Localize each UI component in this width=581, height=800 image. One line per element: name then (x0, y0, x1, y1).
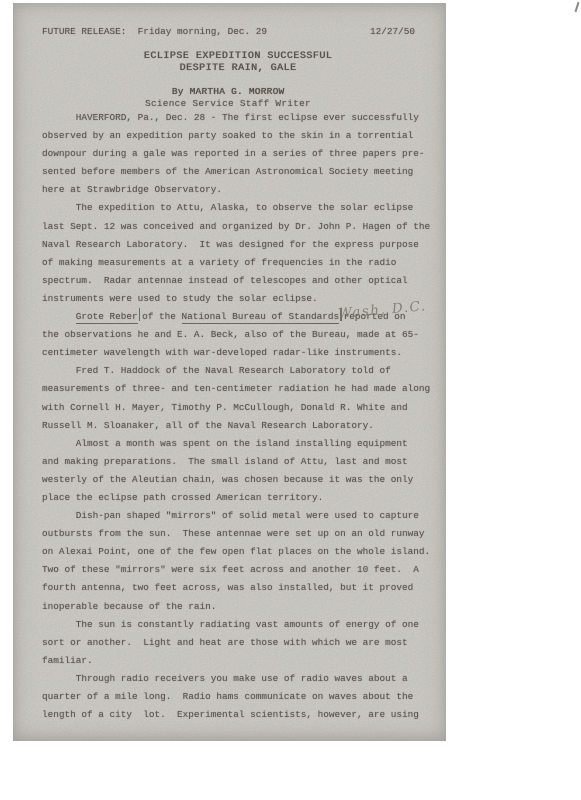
typed-line: spectrum. Radar antennae instead of tele… (42, 272, 434, 290)
scanned-press-release-page: FUTURE RELEASE: Friday morning, Dec. 29 … (13, 3, 446, 741)
typed-line: measurements of three- and ten-centimete… (42, 380, 434, 398)
typed-line: downpour during a gale was reported in a… (42, 145, 434, 163)
paragraph-4: Fred T. Haddock of the Naval Research La… (42, 362, 434, 434)
typed-line: sented before members of the American As… (42, 163, 434, 181)
typed-line: observed by an expedition party soaked t… (42, 127, 434, 145)
typed-line: Two of these "mirrors" were six feet acr… (42, 561, 434, 579)
typed-line: Fred T. Haddock of the Naval Research La… (42, 362, 434, 380)
typed-line: the observations he and E. A. Beck, also… (42, 326, 434, 344)
byline-organization: Science Service Staff Writer (32, 98, 424, 110)
paragraph-6: Dish-pan shaped "mirrors" of solid metal… (42, 507, 434, 616)
typed-line: familiar. (42, 652, 434, 670)
typed-line: length of a city lot. Experimental scien… (42, 706, 434, 724)
paragraph-8: Through radio receivers you make use of … (42, 670, 434, 724)
paragraph-3-continuation: the observations he and E. A. Beck, also… (42, 326, 434, 362)
typed-line: and making preparations. The small islan… (42, 453, 434, 471)
typed-line: here at Strawbridge Observatory. (42, 181, 434, 199)
paragraph-7: The sun is constantly radiating vast amo… (42, 616, 434, 670)
page-content: FUTURE RELEASE: Friday morning, Dec. 29 … (13, 3, 446, 724)
typed-line: with Cornell H. Mayer, Timothy P. McCull… (42, 399, 434, 417)
typed-line: Russell M. Sloanaker, all of the Naval R… (42, 417, 434, 435)
headline-line-2: DESPITE RAIN, GALE (42, 63, 434, 75)
typed-line: of making measurements at a variety of f… (42, 254, 434, 272)
typed-line: Almost a month was spent on the island i… (42, 435, 434, 453)
typed-line: last Sept. 12 was conceived and organize… (42, 218, 434, 236)
article-body: HAVERFORD, Pa., Dec. 28 - The first ecli… (42, 109, 434, 724)
typed-line: The expedition to Attu, Alaska, to obser… (42, 199, 434, 217)
typed-line: Dish-pan shaped "mirrors" of solid metal… (42, 507, 434, 525)
mid-text: of the (142, 311, 181, 322)
future-release-line: FUTURE RELEASE: Friday morning, Dec. 29 (42, 26, 267, 38)
date-stamp: 12/27/50 (370, 26, 415, 38)
typed-line: on Alexai Point, one of the few open fla… (42, 543, 434, 561)
underlined-organization: National Bureau of Standards (182, 311, 340, 324)
typed-line: Through radio receivers you make use of … (42, 670, 434, 688)
typed-line: HAVERFORD, Pa., Dec. 28 - The first ecli… (42, 109, 434, 127)
typed-line: centimeter wavelength with war-developed… (42, 344, 434, 362)
typed-line: westerly of the Aleutian chain, was chos… (42, 471, 434, 489)
paragraph-5: Almost a month was spent on the island i… (42, 435, 434, 507)
byline-author: By MARTHA G. MORROW (32, 86, 424, 98)
headline-line-1: ECLIPSE EXPEDITION SUCCESSFUL (42, 51, 434, 63)
release-header-row: FUTURE RELEASE: Friday morning, Dec. 29 … (42, 26, 434, 38)
typed-line: Naval Research Laboratory. It was design… (42, 236, 434, 254)
typed-line: The sun is constantly radiating vast amo… (42, 616, 434, 634)
typed-line: inoperable because of the rain. (42, 598, 434, 616)
paragraph-2: The expedition to Attu, Alaska, to obser… (42, 199, 434, 308)
paragraph-1: HAVERFORD, Pa., Dec. 28 - The first ecli… (42, 109, 434, 199)
insertion-mark (139, 308, 141, 321)
byline-block: By MARTHA G. MORROW Science Service Staf… (32, 86, 424, 109)
indent (42, 311, 76, 322)
typed-line: quarter of a mile long. Radio hams commu… (42, 688, 434, 706)
typed-line: outbursts from the sun. These antennae w… (42, 525, 434, 543)
typed-line: fourth antenna, two feet across, was als… (42, 579, 434, 597)
scan-artifact-mark (575, 2, 580, 12)
typed-line: sort or another. Light and heat are thos… (42, 634, 434, 652)
underlined-name: Grote Reber (76, 311, 138, 324)
typed-line: place the eclipse path crossed American … (42, 489, 434, 507)
headline-block: ECLIPSE EXPEDITION SUCCESSFUL DESPITE RA… (42, 51, 434, 75)
